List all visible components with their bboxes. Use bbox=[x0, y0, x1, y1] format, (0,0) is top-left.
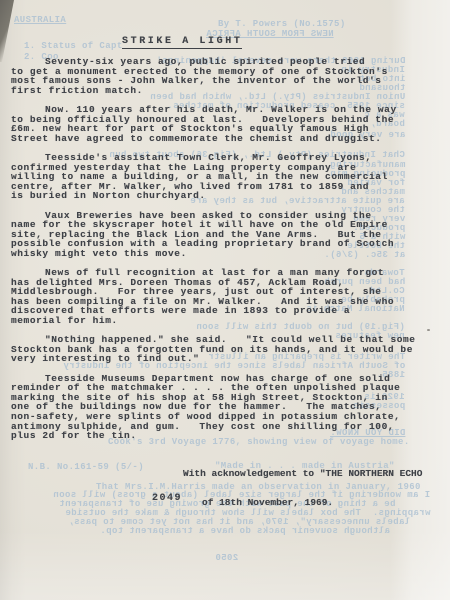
text-line: very interesting to find out." bbox=[11, 354, 443, 364]
paragraph: Now. 110 years after his death, Mr. Walk… bbox=[11, 105, 443, 143]
ghost-text-fragment: AUSTRALIA bbox=[14, 15, 66, 25]
body-text: Seventy-six years ago, public spirited p… bbox=[11, 57, 443, 450]
ghost-text-fragment: 2050 bbox=[215, 553, 238, 563]
paragraph: Seventy-six years ago, public spirited p… bbox=[11, 57, 443, 95]
document-title: STRIKE A LIGHT bbox=[122, 36, 242, 49]
text-line: is buried in Norton churchyard. bbox=[11, 191, 443, 201]
paper-speck bbox=[427, 329, 430, 331]
paragraph: "Nothing happened." she said. "It could … bbox=[11, 335, 443, 364]
text-line: first friction match. bbox=[11, 86, 443, 96]
paragraph: Teesside Museums Department now has char… bbox=[11, 374, 443, 441]
scanned-document-page: STRIKE A LIGHT Seventy-six years ago, pu… bbox=[0, 0, 450, 600]
acknowledgement-line: With acknowledgement to "THE NORTHERN EC… bbox=[183, 469, 422, 479]
page-number: 2049 bbox=[152, 493, 182, 504]
ghost-text-fragment: although souvenir packs do have a transp… bbox=[100, 526, 390, 536]
text-line: memorial for him. bbox=[11, 316, 443, 326]
text-line: Street have agreed to commemorate the ch… bbox=[11, 134, 443, 144]
ghost-text-fragment: N.B. No.161-59 (5/-) bbox=[28, 462, 144, 472]
ghost-text-fragment: By T. Powers (No.1575) bbox=[218, 19, 346, 29]
acknowledgement-line: of 18th November, 1969. bbox=[183, 498, 422, 508]
ghost-text-fragment: 1. Status of Capt bbox=[24, 41, 123, 51]
text-line: plus 2d for the tin. bbox=[11, 431, 443, 441]
text-line: whisky might veto this move. bbox=[11, 249, 443, 259]
paragraph: Teesside's assistant Town Clerk, Mr. Geo… bbox=[11, 153, 443, 201]
paragraph: Vaux Breweries have been asked to consid… bbox=[11, 211, 443, 259]
paragraph: News of full recognition at last for a m… bbox=[11, 268, 443, 326]
acknowledgement: With acknowledgement to "THE NORTHERN EC… bbox=[183, 449, 422, 527]
page-corner-fold bbox=[0, 0, 16, 62]
